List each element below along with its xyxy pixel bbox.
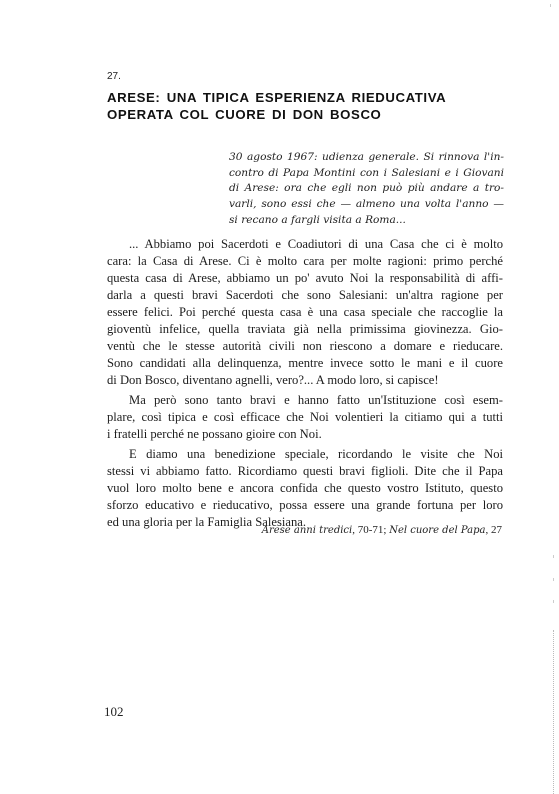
text-line: di Don Bosco, diventano agnelli, vero?..… [107, 372, 503, 389]
scan-speck [553, 578, 554, 581]
citation-pages-1: , 70-71; [352, 524, 389, 536]
chapter-title: ARESE: UNA TIPICA ESPERIENZA RIEDUCATIVA… [107, 90, 507, 123]
intro-line: contro di Papa Montini con i Salesiani e… [229, 166, 504, 182]
page-number: 102 [104, 704, 124, 720]
paragraph: ... Abbiamo poi Sacerdoti e Coadiutori d… [107, 236, 503, 389]
section-number: 27. [107, 71, 121, 82]
text-line: E diamo una benedizione speciale, ricord… [107, 446, 503, 463]
scan-speck [550, 4, 551, 7]
scan-speck [553, 555, 554, 558]
text-line: essere felici. Poi perché questa casa è … [107, 304, 503, 321]
text-line: darla a questi bravi Sacerdoti che sono … [107, 287, 503, 304]
citation: Arese anni tredici, 70-71; Nel cuore del… [262, 524, 502, 536]
citation-pages-2: , 27 [486, 524, 503, 536]
body-text: ... Abbiamo poi Sacerdoti e Coadiutori d… [107, 236, 503, 531]
intro-line: si recano a fargli visita a Roma... [229, 213, 504, 229]
intro-note: 30 agosto 1967: udienza generale. Si rin… [229, 150, 504, 229]
text-line: sforzo educativo e rieducativo, possa es… [107, 497, 503, 514]
text-line: stessi vi abbiamo fatto. Ricordiamo ques… [107, 463, 503, 480]
text-line: gioventù infelice, quella traviata già n… [107, 321, 503, 338]
intro-line: di Arese: ora che egli non può più andar… [229, 181, 504, 197]
title-line: ARESE: UNA TIPICA ESPERIENZA RIEDUCATIVA [107, 90, 507, 107]
intro-line: varli, sono essi che — almeno una volta … [229, 197, 504, 213]
text-line: i fratelli perché ne possano gioire con … [107, 426, 503, 443]
text-line: ... Abbiamo poi Sacerdoti e Coadiutori d… [107, 236, 503, 253]
scan-edge-line [553, 630, 555, 794]
citation-source-2: Nel cuore del Papa [389, 525, 485, 536]
paragraph: Ma però sono tanto bravi e hanno fatto u… [107, 392, 503, 443]
text-line: Sono candidati alla delinquenza, mentre … [107, 355, 503, 372]
scan-speck [553, 600, 554, 603]
paragraph: E diamo una benedizione speciale, ricord… [107, 446, 503, 531]
text-line: plare, così tipica e così efficace che N… [107, 409, 503, 426]
text-line: questa casa di Arese, abbiamo un po' avu… [107, 270, 503, 287]
citation-source-1: Arese anni tredici [262, 525, 352, 536]
text-line: cara: la Casa di Arese. Ci è molto cara … [107, 253, 503, 270]
text-line: Ma però sono tanto bravi e hanno fatto u… [107, 392, 503, 409]
text-line: ventù che le stesse autorità civili non … [107, 338, 503, 355]
intro-line: 30 agosto 1967: udienza generale. Si rin… [229, 150, 504, 166]
text-line: vuol loro molto bene e ancora confida ch… [107, 480, 503, 497]
title-line: OPERATA COL CUORE DI DON BOSCO [107, 107, 507, 124]
